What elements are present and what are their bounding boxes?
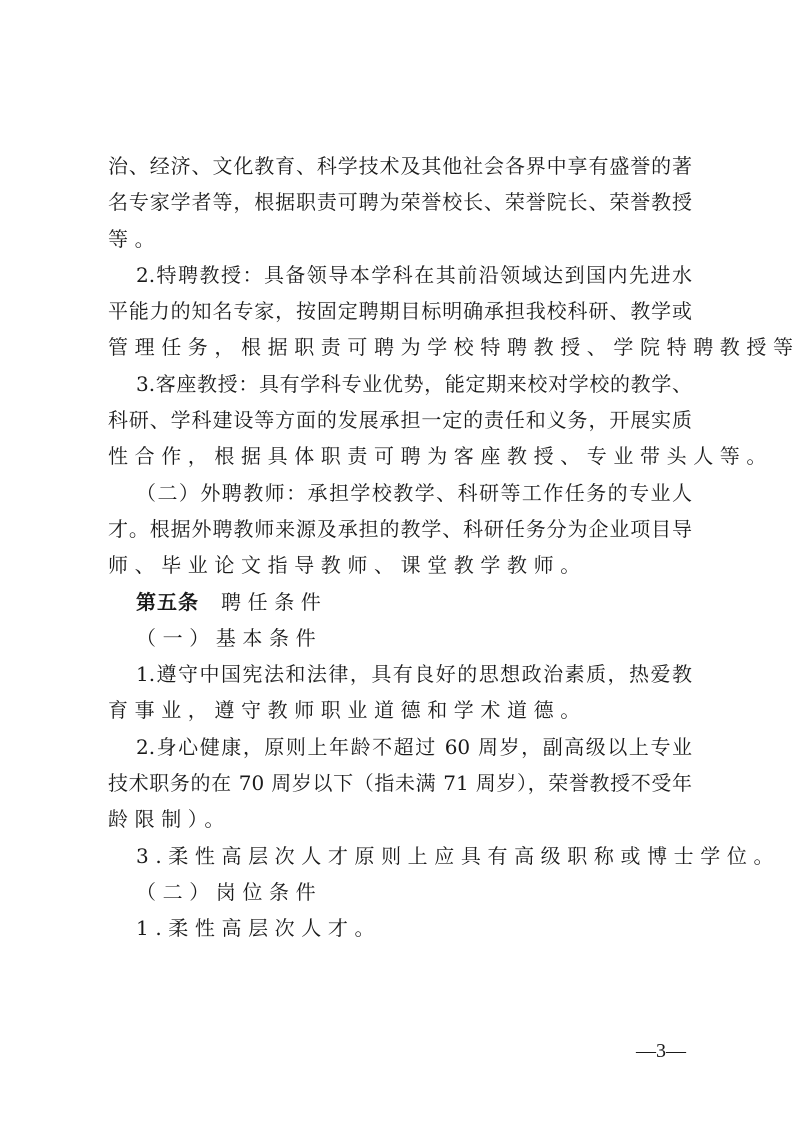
text-line: 治、经济、文化教育、科学技术及其他社会各界中享有盛誉的著 [108,148,692,184]
page-number: —3— [636,1040,686,1063]
text-line: 性合作，根据具体职责可聘为客座教授、专业带头人等。 [108,438,692,474]
text-line: 才。根据外聘教师来源及承担的教学、科研任务分为企业项目导 [108,511,692,547]
text-line: 科研、学科建设等方面的发展承担一定的责任和义务，开展实质 [108,402,692,438]
paragraph-special-professor: 2.特聘教授：具备领导本学科在其前沿领域达到国内先进水 [108,257,692,293]
paragraph-external-teachers: （二）外聘教师：承担学校教学、科研等工作任务的专业人 [108,475,692,511]
document-page: 治、经济、文化教育、科学技术及其他社会各界中享有盛誉的著 名专家学者等，根据职责… [108,148,692,947]
paragraph-visiting-professor: 3.客座教授：具有学科专业优势，能定期来校对学校的教学、 [108,366,692,402]
text-line: 等。 [108,221,692,257]
text-line: 技术职务的在 70 周岁以下（指未满 71 周岁），荣誉教授不受年 [108,765,692,801]
text-line: 平能力的知名专家，按固定聘期目标明确承担我校科研、教学或 [108,293,692,329]
text-line: 名专家学者等，根据职责可聘为荣誉校长、荣誉院长、荣誉教授 [108,184,692,220]
article-heading: 第五条聘任条件 [108,584,692,620]
article-label: 第五条 [136,590,199,614]
section-basic-conditions: （一）基本条件 [108,620,692,656]
text-line: 师、毕业论文指导教师、课堂教学教师。 [108,547,692,583]
text-line: 1.柔性高层次人才。 [108,910,692,946]
section-position-conditions: （二）岗位条件 [108,874,692,910]
text-line: 3.柔性高层次人才原则上应具有高级职称或博士学位。 [108,838,692,874]
text-line: 2.身心健康，原则上年龄不超过 60 周岁，副高级以上专业 [108,729,692,765]
text-line: 管理任务，根据职责可聘为学校特聘教授、学院特聘教授等。 [108,329,692,365]
text-line: 育事业，遵守教师职业道德和学术道德。 [108,692,692,728]
article-title: 聘任条件 [221,590,327,614]
text-line: 龄限制）。 [108,801,692,837]
text-line: 1.遵守中国宪法和法律，具有良好的思想政治素质，热爱教 [108,656,692,692]
